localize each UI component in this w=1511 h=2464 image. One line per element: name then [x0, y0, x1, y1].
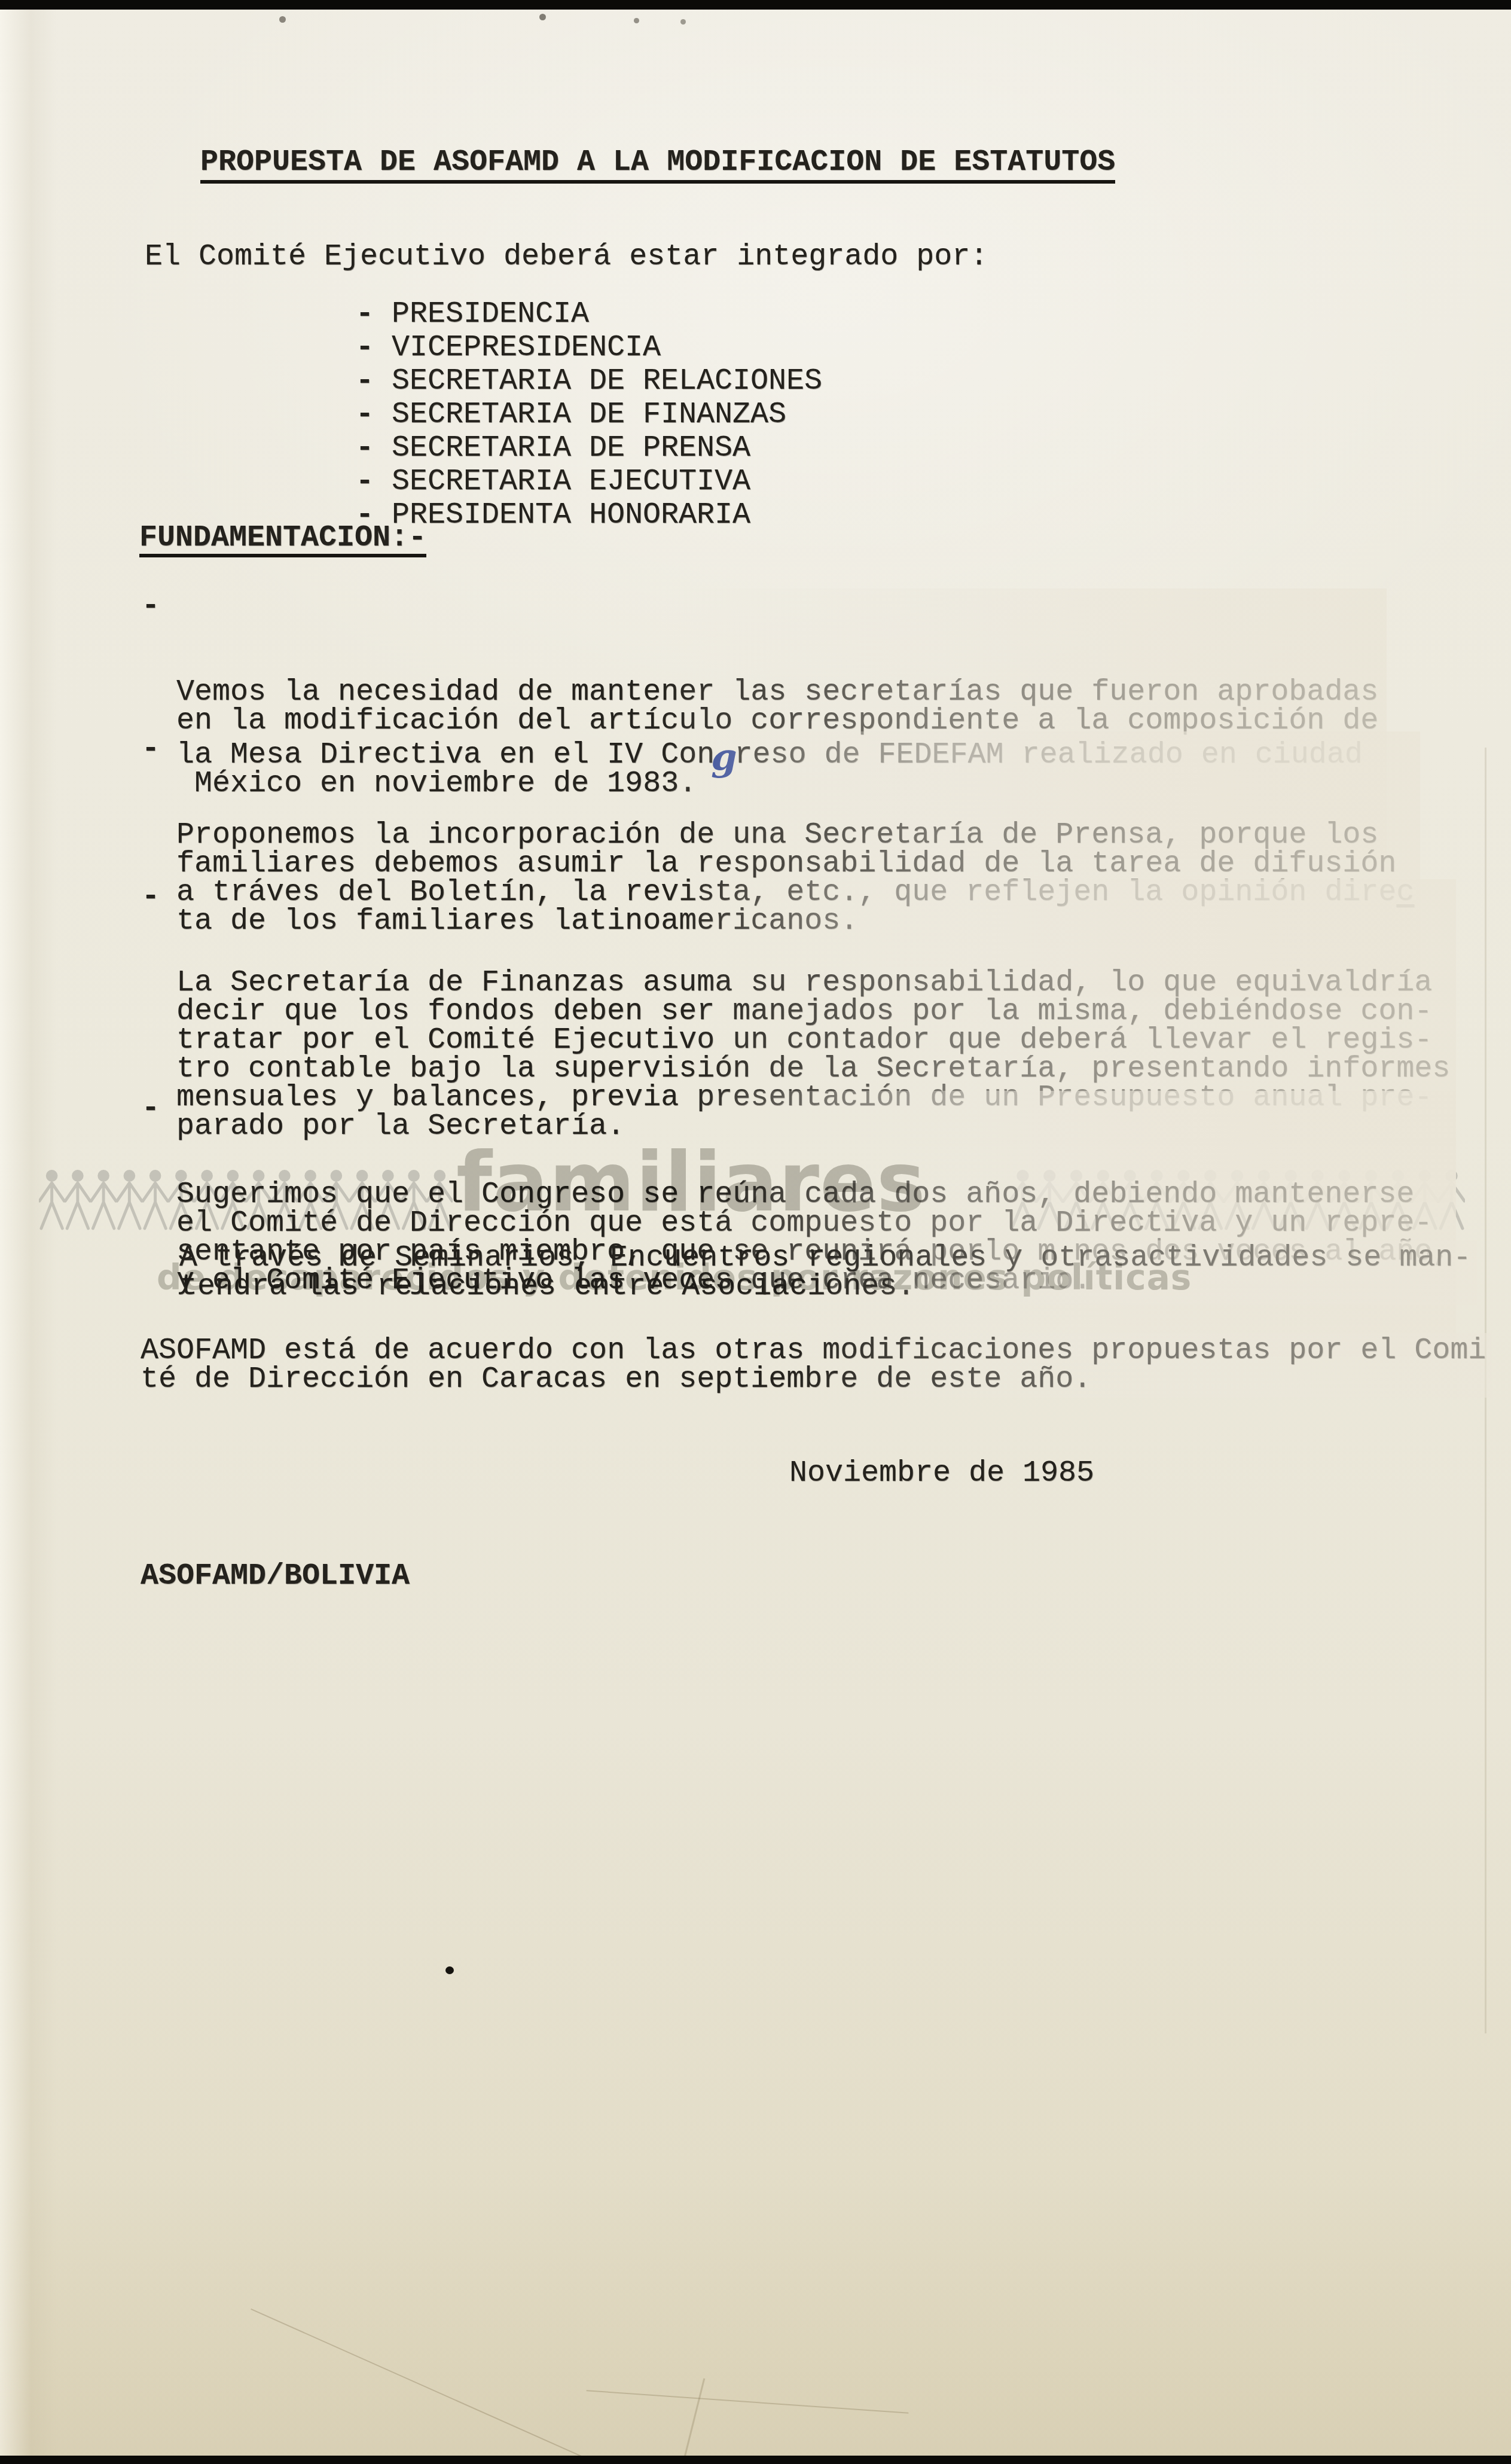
list-dash: -: [356, 432, 374, 465]
text-line: ASOFAMD está de acuerdo con las otras mo…: [141, 1337, 1486, 1365]
text-line: La Secretaría de Finanzas asuma su respo…: [176, 969, 1450, 998]
list-label: VICEPRESIDENCIA: [392, 331, 661, 365]
committee-list-item: -SECRETARIA EJECUTIVA: [356, 465, 822, 499]
text-segment: en la modificación del artículo correspo…: [176, 704, 1378, 738]
intro-line: El Comité Ejecutivo deberá estar integra…: [145, 243, 988, 272]
text-line: en la modificación del artículo correspo…: [176, 707, 1381, 736]
bullet-dash: -: [142, 735, 160, 764]
scan-top-border: [0, 0, 1511, 10]
committee-list-item: -PRESIDENCIA: [356, 298, 822, 331]
text-line: el Comité de Dirección que está compuest…: [176, 1209, 1450, 1238]
text-segment: té de Dirección en Caracas en septiembre…: [141, 1362, 1091, 1396]
bottom-crease: [587, 2390, 909, 2414]
section-heading: FUNDAMENTACION:-: [139, 524, 426, 557]
committee-list-item: -VICEPRESIDENCIA: [356, 331, 822, 365]
list-label: SECRETARIA DE RELACIONES: [392, 364, 822, 398]
bullet-dash: -: [142, 1094, 160, 1123]
list-label: PRESIDENTA HONORARIA: [392, 498, 750, 532]
text-line: A través de Seminarios, Encuentros regio…: [179, 1244, 1471, 1273]
scan-specks: [0, 0, 3, 3]
list-dash: -: [356, 465, 374, 499]
text-line: decir que los fondos deben ser manejados…: [176, 998, 1450, 1026]
bullet-paragraph-4: - Sugerimos que el Congreso se reúna cad…: [176, 1094, 1450, 1353]
scanned-document-page: familiares de desaparecidos y detenidos …: [0, 0, 1511, 2464]
signature-line: ASOFAMD/BOLIVIA: [141, 1562, 410, 1591]
committee-list-item: -SECRETARIA DE FINANZAS: [356, 398, 822, 432]
text-segment: tendrá las relaciones entre Asociaciones…: [179, 1270, 915, 1304]
closing-paragraph-seminarios: A través de Seminarios, Encuentros regio…: [179, 1244, 1471, 1301]
text-line: Proponemos la incorporación de una Secre…: [176, 821, 1414, 850]
list-label: SECRETARIA DE FINANZAS: [392, 398, 786, 432]
list-label: SECRETARIA DE PRENSA: [392, 431, 750, 465]
scan-bottom-border: [0, 2456, 1511, 2464]
text-line: Sugerimos que el Congreso se reúna cada …: [176, 1181, 1450, 1209]
list-dash: -: [356, 365, 374, 398]
text-line: tro contable bajo la supervisión de la S…: [176, 1055, 1450, 1084]
text-line: tendrá las relaciones entre Asociaciones…: [179, 1273, 1471, 1301]
document-title: PROPUESTA DE ASOFAMD A LA MODIFICACION D…: [200, 148, 1115, 184]
date-line: Noviembre de 1985: [789, 1459, 1094, 1488]
bottom-crease: [251, 2309, 590, 2460]
text-line: familiares debemos asumir la responsabil…: [176, 850, 1414, 879]
bottom-crease: [684, 2378, 706, 2457]
text-line: tratar por el Comité Ejecutivo un contad…: [176, 1026, 1450, 1055]
closing-paragraph-acuerdo: ASOFAMD está de acuerdo con las otras mo…: [141, 1337, 1486, 1394]
committee-list-item: -SECRETARIA DE RELACIONES: [356, 365, 822, 398]
bullet-dash: -: [142, 883, 160, 911]
list-dash: -: [356, 298, 374, 331]
bullet-dash: -: [142, 592, 160, 621]
text-line: Vemos la necesidad de mantener las secre…: [176, 678, 1381, 707]
list-dash: -: [356, 331, 374, 365]
list-label: SECRETARIA EJECUTIVA: [392, 465, 750, 499]
text-line: té de Dirección en Caracas en septiembre…: [141, 1365, 1486, 1394]
stray-ink-dot: [445, 1966, 454, 1974]
committee-list-item: -SECRETARIA DE PRENSA: [356, 432, 822, 465]
list-label: PRESIDENCIA: [392, 297, 589, 331]
committee-list: -PRESIDENCIA-VICEPRESIDENCIA-SECRETARIA …: [356, 298, 822, 532]
list-dash: -: [356, 398, 374, 432]
